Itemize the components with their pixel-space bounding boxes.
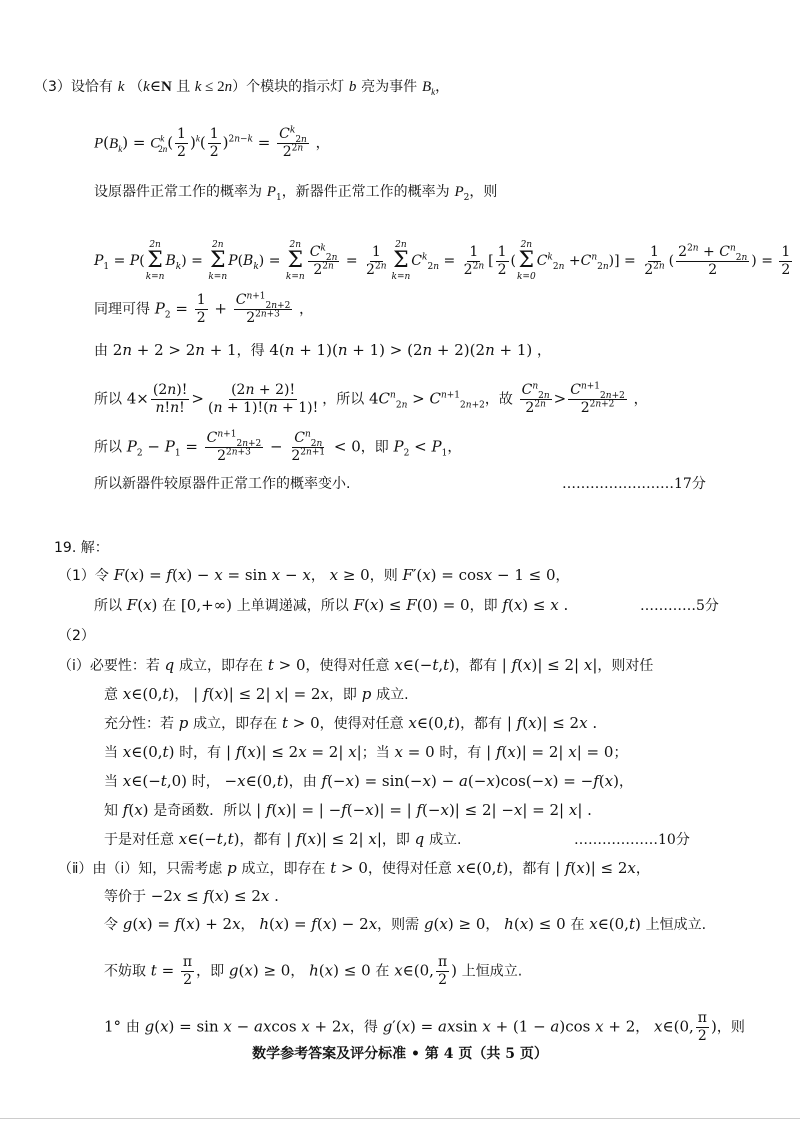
- score-5: …………5分: [640, 595, 719, 615]
- pbk-formula: P(Bk) = Ck2n(12)k(12)2n−k = Ck2n22n ，: [94, 126, 330, 161]
- q19-ii-line2: 等价于 −2x ≤ f(x) ≤ 2x .: [104, 886, 279, 907]
- q19-ii-line3: 令 g(x) = f(x) + 2x， h(x) = f(x) − 2x，则需 …: [104, 914, 706, 935]
- q19-i-line2: 意 x∈(0,t)， | f(x)| ≤ 2| x| = 2x，即 p 成立.: [104, 684, 409, 705]
- q19-ii-line1: （ⅱ）由（ⅰ）知，只需考虑 p 成立，即存在 t > 0，使得对任意 x∈(0,…: [58, 858, 650, 879]
- inequality-1: 由 2n + 2 > 2n + 1，得 4(n + 1)(n + 1) > (2…: [94, 340, 551, 361]
- part3-setup: 设原器件正常工作的概率为 P1，新器件正常工作的概率为 P2，则: [94, 181, 497, 202]
- q19-heading: 19. 解：: [54, 537, 109, 558]
- q19-part1-line1: （1）令 F(x) = f(x) − x = sin x − x， x ≥ 0，…: [58, 565, 570, 586]
- q19-ii-line5: 1° 由 g(x) = sin x − axcos x + 2x，得 g′(x)…: [104, 1010, 745, 1045]
- page-footer: 数学参考答案及评分标准 • 第 4 页（共 5 页）: [0, 1043, 800, 1063]
- q19-i-line4: 当 x∈(0,t) 时，有 | f(x)| ≤ 2x = 2| x|；当 x =…: [104, 742, 627, 763]
- p1-derivation: P1 = P(2nΣk=nBk) = 2nΣk=nP(Bk) = 2nΣk=nC…: [94, 240, 800, 282]
- difference: 所以 P2 − P1 = Cn+12n+222n+3 − Cn2n22n+1 <…: [94, 430, 461, 465]
- part3-conclusion: 所以新器件较原器件正常工作的概率变小.: [94, 473, 350, 494]
- q19-ii-line4: 不妨取 t = π2，即 g(x) ≥ 0， h(x) ≤ 0 在 x∈(0,π…: [104, 954, 522, 989]
- q19-i-line6: 知 f(x) 是奇函数．所以 | f(x)| = | −f(−x)| = | f…: [104, 800, 592, 821]
- q19-i-line5: 当 x∈(−t,0) 时， −x∈(0,t)，由 f(−x) = sin(−x)…: [104, 771, 633, 792]
- score-10: ………………10分: [574, 829, 690, 849]
- q19-i-line7: 于是对任意 x∈(−t,t)，都有 | f(x)| ≤ 2| x|，即 q 成立…: [104, 829, 462, 850]
- part3-intro: （3）设恰有 k （k∈N 且 k ≤ 2n）个模块的指示灯 b 亮为事件 Bk…: [34, 76, 449, 97]
- q19-i-line3: 充分性：若 p 成立，即存在 t > 0，使得对任意 x∈(0,t)，都有 | …: [104, 713, 597, 734]
- q19-part1-line2: 所以 F(x) 在 [0,+∞) 上单调递减，所以 F(x) ≤ F(0) = …: [94, 595, 568, 616]
- q19-i-line1: （ⅰ）必要性：若 q 成立，即存在 t > 0，使得对任意 x∈(−t,t)，都…: [58, 655, 653, 676]
- score-17: ……………………17分: [562, 473, 706, 493]
- q19-part2-label: （2）: [58, 625, 95, 646]
- inequality-2: 所以 4×(2n)!n!n!>(2n + 2)!(n + 1)!(n + 1)!…: [94, 382, 648, 417]
- page-bottom-divider: [0, 1118, 800, 1119]
- p2-formula: 同理可得 P2 = 12 + Cn+12n+222n+3 ，: [94, 292, 313, 327]
